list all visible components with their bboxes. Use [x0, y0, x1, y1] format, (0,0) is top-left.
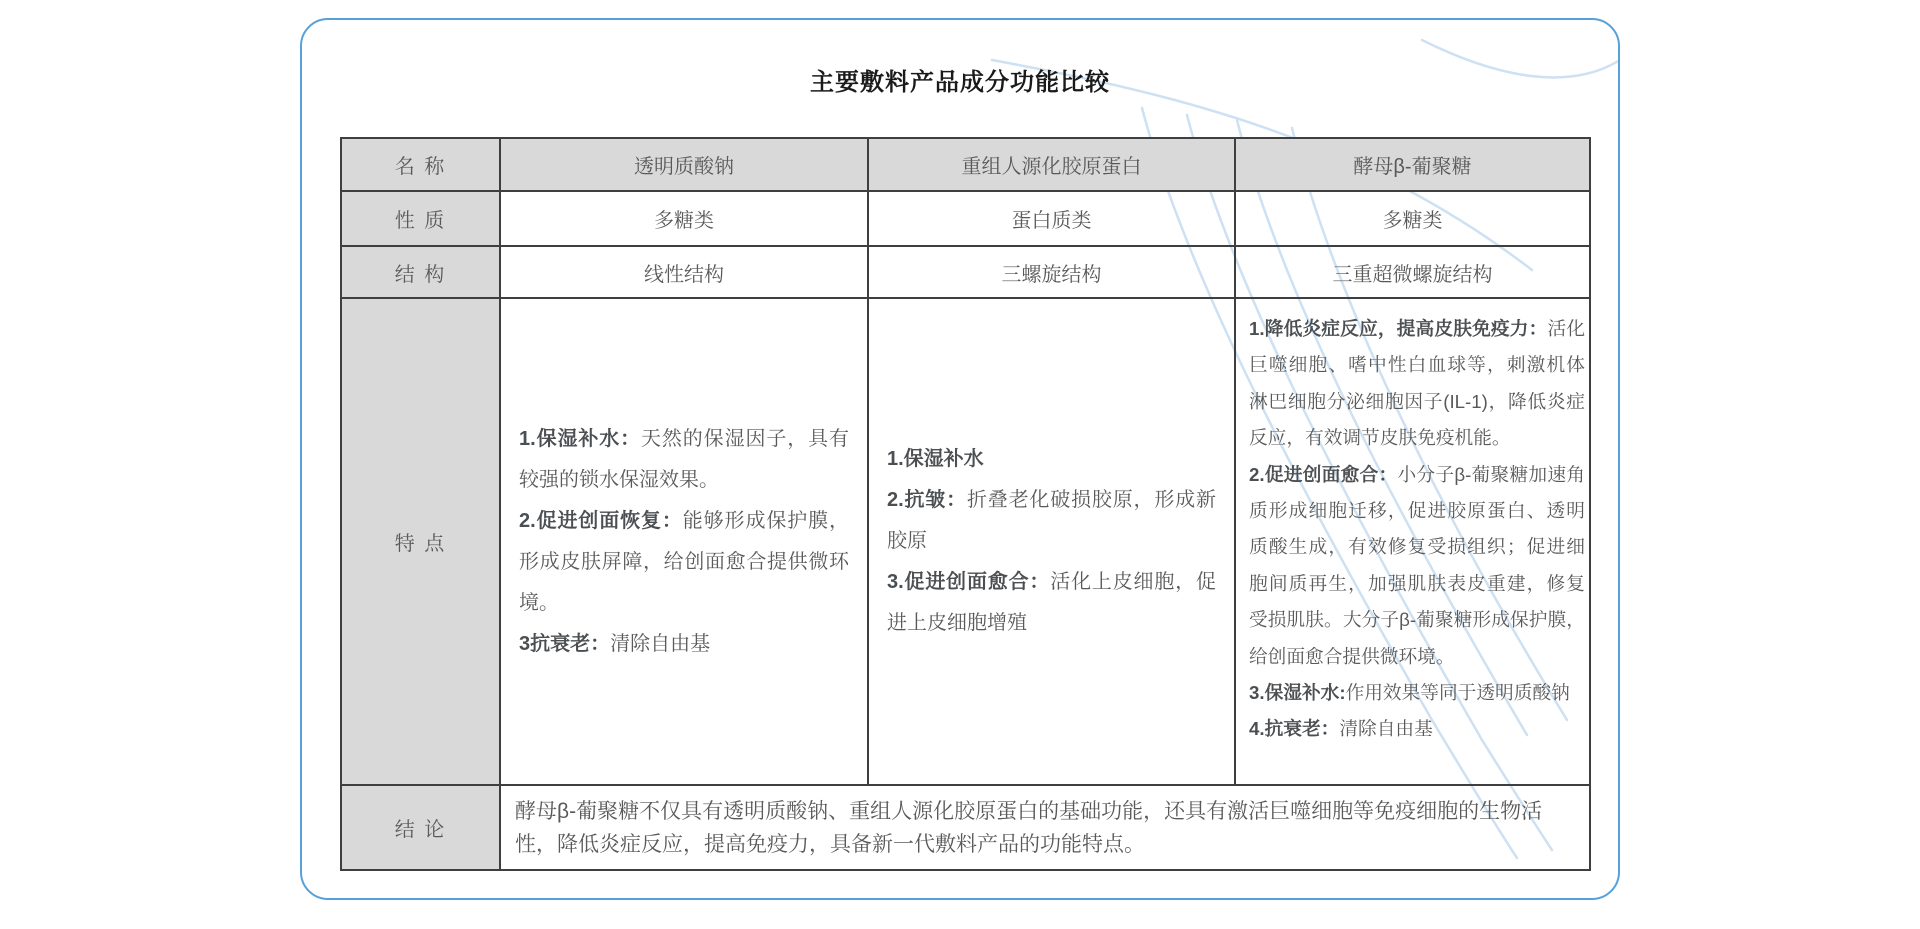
- feature-item: 3抗衰老：清除自由基: [519, 624, 849, 665]
- cell-nature-col1: 多糖类: [500, 191, 868, 246]
- cell-features-col3: 1.降低炎症反应，提高皮肤免疫力：活化巨噬细胞、嗜中性白血球等，刺激机体淋巴细胞…: [1235, 298, 1590, 785]
- table-row: 结 构 线性结构 三螺旋结构 三重超微螺旋结构: [341, 246, 1590, 298]
- comparison-table: 名 称 透明质酸钠 重组人源化胶原蛋白 酵母β-葡聚糖 性 质 多糖类 蛋白质类…: [340, 137, 1591, 871]
- row-label-structure: 结 构: [341, 246, 500, 298]
- feature-lead: 1.降低炎症反应，提高皮肤免疫力：: [1249, 318, 1547, 339]
- cell-features-col1: 1.保湿补水：天然的保湿因子，具有较强的锁水保湿效果。2.促进创面恢复：能够形成…: [500, 298, 868, 785]
- comparison-card: 主要敷料产品成分功能比较 名 称 透明质酸钠 重组人源化胶原蛋白 酵母β-葡聚糖…: [300, 18, 1620, 900]
- feature-item: 2.抗皱：折叠老化破损胶原，形成新胶原: [887, 480, 1216, 562]
- feature-lead: 4.抗衰老：: [1249, 718, 1339, 739]
- feature-lead: 2.抗皱：: [887, 489, 967, 511]
- feature-item: 3.促进创面愈合：活化上皮细胞，促进上皮细胞增殖: [887, 562, 1216, 644]
- feature-lead: 3.保湿补水:: [1249, 682, 1346, 703]
- row-label-conclusion: 结 论: [341, 785, 500, 870]
- column-header-sodium-hyaluronate: 透明质酸钠: [500, 138, 868, 191]
- cell-conclusion: 酵母β-葡聚糖不仅具有透明质酸钠、重组人源化胶原蛋白的基础功能，还具有激活巨噬细…: [500, 785, 1590, 870]
- cell-structure-col3: 三重超微螺旋结构: [1235, 246, 1590, 298]
- column-header-recombinant-collagen: 重组人源化胶原蛋白: [868, 138, 1235, 191]
- feature-lead: 2.促进创面愈合：: [1249, 464, 1397, 485]
- table-row: 特 点 1.保湿补水：天然的保湿因子，具有较强的锁水保湿效果。2.促进创面恢复：…: [341, 298, 1590, 785]
- column-header-yeast-beta-glucan: 酵母β-葡聚糖: [1235, 138, 1590, 191]
- cell-structure-col2: 三螺旋结构: [868, 246, 1235, 298]
- cell-nature-col2: 蛋白质类: [868, 191, 1235, 246]
- row-label-name: 名 称: [341, 138, 500, 191]
- feature-lead: 2.促进创面恢复：: [519, 510, 683, 532]
- cell-features-col2: 1.保湿补水2.抗皱：折叠老化破损胶原，形成新胶原3.促进创面愈合：活化上皮细胞…: [868, 298, 1235, 785]
- table-row: 名 称 透明质酸钠 重组人源化胶原蛋白 酵母β-葡聚糖: [341, 138, 1590, 191]
- feature-item: 3.保湿补水:作用效果等同于透明质酸钠: [1249, 675, 1585, 711]
- feature-item: 2.促进创面愈合：小分子β-葡聚糖加速角质形成细胞迁移，促进胶原蛋白、透明质酸生…: [1249, 457, 1585, 675]
- row-label-features: 特 点: [341, 298, 500, 785]
- feature-lead: 1.保湿补水：: [519, 428, 641, 450]
- cell-nature-col3: 多糖类: [1235, 191, 1590, 246]
- cell-structure-col1: 线性结构: [500, 246, 868, 298]
- feature-item: 4.抗衰老：清除自由基: [1249, 711, 1585, 747]
- page-title: 主要敷料产品成分功能比较: [302, 62, 1618, 97]
- feature-item: 1.保湿补水：天然的保湿因子，具有较强的锁水保湿效果。: [519, 419, 849, 501]
- table-row: 性 质 多糖类 蛋白质类 多糖类: [341, 191, 1590, 246]
- feature-item: 2.促进创面恢复：能够形成保护膜，形成皮肤屏障，给创面愈合提供微环境。: [519, 501, 849, 624]
- feature-lead: 3抗衰老：: [519, 633, 610, 655]
- row-label-nature: 性 质: [341, 191, 500, 246]
- feature-lead: 1.保湿补水: [887, 448, 984, 470]
- feature-lead: 3.促进创面愈合：: [887, 571, 1050, 593]
- feature-item: 1.降低炎症反应，提高皮肤免疫力：活化巨噬细胞、嗜中性白血球等，刺激机体淋巴细胞…: [1249, 311, 1585, 457]
- feature-item: 1.保湿补水: [887, 439, 1216, 480]
- table-row: 结 论 酵母β-葡聚糖不仅具有透明质酸钠、重组人源化胶原蛋白的基础功能，还具有激…: [341, 785, 1590, 870]
